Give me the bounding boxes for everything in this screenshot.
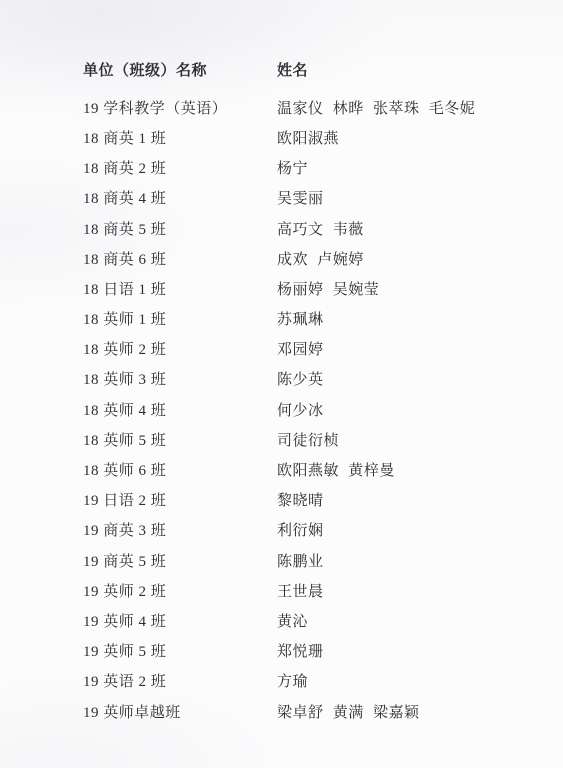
unit-cell: 19 商英 3 班 xyxy=(83,519,277,540)
names-cell: 苏珮琳 xyxy=(277,308,543,329)
unit-cell: 18 商英 4 班 xyxy=(83,187,277,208)
unit-cell: 19 学科教学（英语） xyxy=(83,97,277,118)
unit-cell: 19 日语 2 班 xyxy=(83,489,277,510)
unit-cell: 18 英师 5 班 xyxy=(83,429,277,450)
table-row: 18 商英 1 班 欧阳淑燕 xyxy=(83,122,543,152)
table-row: 18 商英 2 班 杨宁 xyxy=(83,153,543,183)
table-row: 18 商英 4 班 吴雯丽 xyxy=(83,183,543,213)
unit-cell: 18 英师 3 班 xyxy=(83,368,277,389)
table-header-row: 单位（班级）名称 姓名 xyxy=(83,54,543,84)
unit-cell: 18 商英 2 班 xyxy=(83,157,277,178)
unit-cell: 18 英师 2 班 xyxy=(83,338,277,359)
header-unit-column: 单位（班级）名称 xyxy=(83,59,277,80)
names-cell: 欧阳燕敏 黄梓曼 xyxy=(277,459,543,480)
names-cell: 司徒衍桢 xyxy=(277,429,543,450)
names-cell: 杨宁 xyxy=(277,157,543,178)
names-cell: 何少冰 xyxy=(277,399,543,420)
names-cell: 梁卓舒 黄满 梁嘉颖 xyxy=(277,701,543,722)
table-row: 19 学科教学（英语） 温家仪 林晔 张萃珠 毛冬妮 xyxy=(83,92,543,122)
names-cell: 王世晨 xyxy=(277,580,543,601)
names-cell: 成欢 卢婉婷 xyxy=(277,248,543,269)
unit-cell: 19 商英 5 班 xyxy=(83,550,277,571)
unit-cell: 19 英师 4 班 xyxy=(83,610,277,631)
names-cell: 陈鹏业 xyxy=(277,550,543,571)
table-row: 19 英师 5 班 郑悦珊 xyxy=(83,636,543,666)
table-row: 19 英师 2 班 王世晨 xyxy=(83,575,543,605)
table-row: 19 英师 4 班 黄沁 xyxy=(83,605,543,635)
names-cell: 方瑜 xyxy=(277,670,543,691)
unit-cell: 18 日语 1 班 xyxy=(83,278,277,299)
unit-cell: 19 英语 2 班 xyxy=(83,670,277,691)
table-row: 18 英师 3 班 陈少英 xyxy=(83,364,543,394)
unit-cell: 18 商英 5 班 xyxy=(83,218,277,239)
unit-cell: 18 商英 6 班 xyxy=(83,248,277,269)
unit-cell: 18 英师 6 班 xyxy=(83,459,277,480)
table-row: 19 商英 3 班 利衍娴 xyxy=(83,515,543,545)
unit-cell: 18 商英 1 班 xyxy=(83,127,277,148)
unit-cell: 18 英师 4 班 xyxy=(83,399,277,420)
table-row: 18 英师 2 班 邓园婷 xyxy=(83,334,543,364)
names-cell: 邓园婷 xyxy=(277,338,543,359)
table-row: 18 商英 6 班 成欢 卢婉婷 xyxy=(83,243,543,273)
class-name-roster-table: 单位（班级）名称 姓名 19 学科教学（英语） 温家仪 林晔 张萃珠 毛冬妮 1… xyxy=(83,54,543,726)
names-cell: 高巧文 韦薇 xyxy=(277,218,543,239)
names-cell: 温家仪 林晔 张萃珠 毛冬妮 xyxy=(277,97,543,118)
names-cell: 黎晓晴 xyxy=(277,489,543,510)
names-cell: 黄沁 xyxy=(277,610,543,631)
header-names-column: 姓名 xyxy=(277,59,543,80)
table-body: 19 学科教学（英语） 温家仪 林晔 张萃珠 毛冬妮 18 商英 1 班 欧阳淑… xyxy=(83,92,543,726)
table-row: 18 英师 6 班 欧阳燕敏 黄梓曼 xyxy=(83,454,543,484)
unit-cell: 19 英师 2 班 xyxy=(83,580,277,601)
table-row: 18 商英 5 班 高巧文 韦薇 xyxy=(83,213,543,243)
table-row: 19 英师卓越班 梁卓舒 黄满 梁嘉颖 xyxy=(83,696,543,726)
table-row: 18 英师 1 班 苏珮琳 xyxy=(83,304,543,334)
table-row: 18 英师 5 班 司徒衍桢 xyxy=(83,424,543,454)
table-row: 19 商英 5 班 陈鹏业 xyxy=(83,545,543,575)
names-cell: 吴雯丽 xyxy=(277,187,543,208)
unit-cell: 19 英师 5 班 xyxy=(83,640,277,661)
names-cell: 郑悦珊 xyxy=(277,640,543,661)
table-row: 18 英师 4 班 何少冰 xyxy=(83,394,543,424)
names-cell: 利衍娴 xyxy=(277,519,543,540)
table-row: 18 日语 1 班 杨丽婷 吴婉莹 xyxy=(83,273,543,303)
scanned-document-page: 单位（班级）名称 姓名 19 学科教学（英语） 温家仪 林晔 张萃珠 毛冬妮 1… xyxy=(0,0,563,768)
table-row: 19 英语 2 班 方瑜 xyxy=(83,666,543,696)
table-row: 19 日语 2 班 黎晓晴 xyxy=(83,485,543,515)
names-cell: 杨丽婷 吴婉莹 xyxy=(277,278,543,299)
unit-cell: 19 英师卓越班 xyxy=(83,701,277,722)
names-cell: 陈少英 xyxy=(277,368,543,389)
unit-cell: 18 英师 1 班 xyxy=(83,308,277,329)
names-cell: 欧阳淑燕 xyxy=(277,127,543,148)
